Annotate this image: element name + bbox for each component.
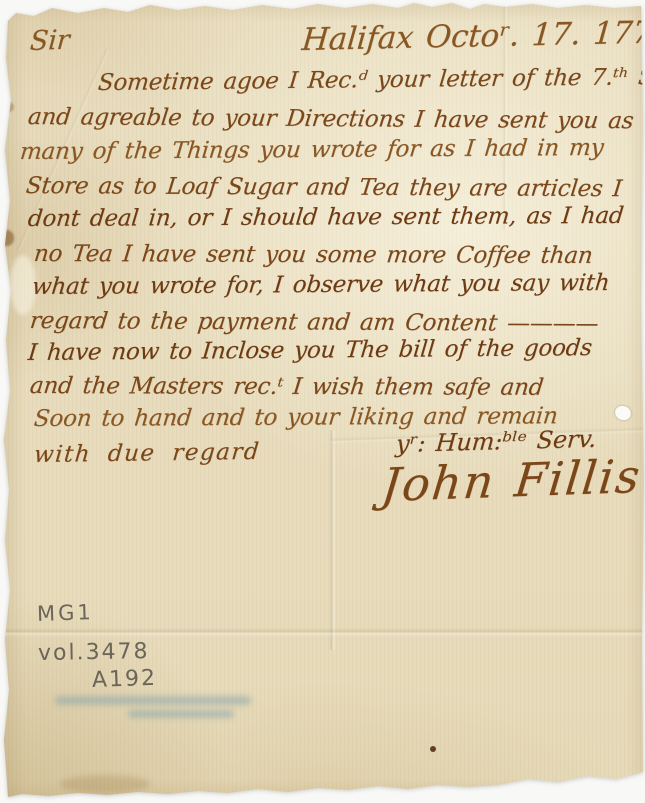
letter-date-place: Halifax Octoʳ. 17. 1774 <box>300 14 645 58</box>
stain <box>60 775 150 793</box>
letter-line-2: and agreable to your Directions I have s… <box>27 104 635 134</box>
bleedthrough-writing <box>55 696 251 705</box>
scanned-letter: Halifax Octoʳ. 17. 1774 Sir Sometime ago… <box>0 0 645 803</box>
letter-line-7: what you wrote for, I observe what you s… <box>31 270 611 300</box>
letter-salutation: Sir <box>29 25 71 57</box>
stain <box>430 746 436 752</box>
letter-line-1: Sometime agoe I Rec.ᵈ your letter of the… <box>97 64 645 96</box>
paper-sheet: Halifax Octoʳ. 17. 1774 Sir Sometime ago… <box>0 0 645 803</box>
vertical-fold-crease <box>329 430 336 650</box>
letter-line-3: many of the Things you wrote for as I ha… <box>19 135 605 165</box>
letter-signature: John Fillis <box>379 449 644 512</box>
bleedthrough-writing <box>128 710 234 718</box>
paper-tear <box>613 404 633 423</box>
stain <box>4 102 14 112</box>
letter-line-5: dont deal in, or I should have sent them… <box>27 203 625 232</box>
letter-line-8: regard to the payment and am Content ———… <box>29 308 600 337</box>
archival-volume-number: vol.3478 <box>38 639 150 666</box>
letter-line-9: I have now to Inclose you The bill of th… <box>27 335 593 366</box>
archival-item-number: A192 <box>92 666 158 693</box>
letter-line-10: and the Masters rec.ᵗ I wish them safe a… <box>29 373 545 401</box>
archival-fond-number: MG1 <box>37 600 95 626</box>
horizontal-fold-crease <box>0 628 645 637</box>
ink-stain <box>0 230 14 246</box>
letter-line-4: Store as to Loaf Sugar and Tea they are … <box>25 173 624 202</box>
letter-line-6: no Tea I have sent you some more Coffee … <box>33 241 594 269</box>
letter-closing-left: with due regard <box>33 439 261 468</box>
